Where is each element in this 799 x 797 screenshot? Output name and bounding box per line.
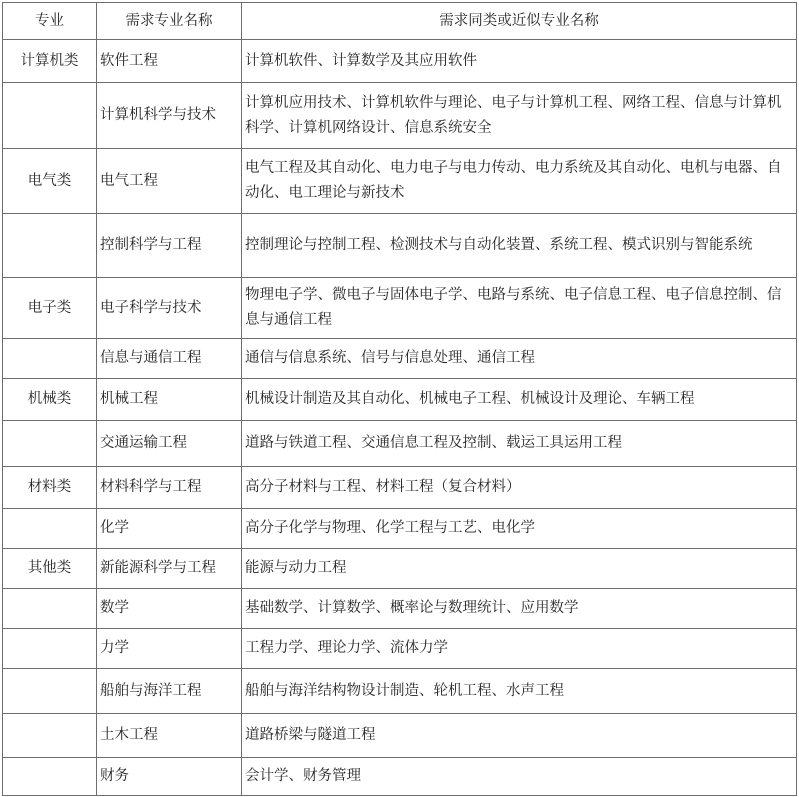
category-cell <box>3 214 97 278</box>
table-row: 信息与通信工程通信与信息系统、信号与信息处理、通信工程 <box>3 339 797 379</box>
major-cell: 信息与通信工程 <box>97 339 242 379</box>
category-cell <box>3 421 97 467</box>
table-row: 机械类机械工程机械设计制造及其自动化、机械电子工程、机械设计及理论、车辆工程 <box>3 379 797 421</box>
table-row: 电气类电气工程电气工程及其自动化、电力电子与电力传动、电力系统及其自动化、电机与… <box>3 149 797 214</box>
major-cell: 计算机科学与技术 <box>97 83 242 149</box>
table-row: 财务会计学、财务管理 <box>3 758 797 796</box>
table-row: 船舶与海洋工程船舶与海洋结构物设计制造、轮机工程、水声工程 <box>3 669 797 714</box>
similar-majors-cell: 船舶与海洋结构物设计制造、轮机工程、水声工程 <box>242 669 797 714</box>
similar-majors-cell: 工程力学、理论力学、流体力学 <box>242 629 797 669</box>
category-cell <box>3 714 97 758</box>
major-cell: 新能源科学与工程 <box>97 549 242 589</box>
similar-majors-cell: 计算机应用技术、计算机软件与理论、电子与计算机工程、网络工程、信息与计算机科学、… <box>242 83 797 149</box>
similar-majors-cell: 计算机软件、计算数学及其应用软件 <box>242 40 797 83</box>
category-cell <box>3 629 97 669</box>
category-cell: 材料类 <box>3 467 97 509</box>
similar-majors-cell: 道路与铁道工程、交通信息工程及控制、载运工具运用工程 <box>242 421 797 467</box>
category-cell: 电气类 <box>3 149 97 214</box>
table-row: 化学高分子化学与物理、化学工程与工艺、电化学 <box>3 509 797 549</box>
major-cell: 化学 <box>97 509 242 549</box>
major-cell: 机械工程 <box>97 379 242 421</box>
category-cell <box>3 669 97 714</box>
major-cell: 软件工程 <box>97 40 242 83</box>
major-cell: 材料科学与工程 <box>97 467 242 509</box>
table-row: 材料类材料科学与工程高分子材料与工程、材料工程（复合材料） <box>3 467 797 509</box>
major-cell: 电子科学与技术 <box>97 278 242 339</box>
major-cell: 交通运输工程 <box>97 421 242 467</box>
table-body: 计算机类软件工程计算机软件、计算数学及其应用软件计算机科学与技术计算机应用技术、… <box>3 40 797 796</box>
similar-majors-cell: 高分子材料与工程、材料工程（复合材料） <box>242 467 797 509</box>
category-cell: 计算机类 <box>3 40 97 83</box>
major-cell: 电气工程 <box>97 149 242 214</box>
category-cell <box>3 83 97 149</box>
header-major: 需求专业名称 <box>97 3 242 40</box>
table-row: 数学基础数学、计算数学、概率论与数理统计、应用数学 <box>3 589 797 629</box>
category-cell <box>3 758 97 796</box>
table-row: 交通运输工程道路与铁道工程、交通信息工程及控制、载运工具运用工程 <box>3 421 797 467</box>
header-row: 专业 需求专业名称 需求同类或近似专业名称 <box>3 3 797 40</box>
similar-majors-cell: 机械设计制造及其自动化、机械电子工程、机械设计及理论、车辆工程 <box>242 379 797 421</box>
major-cell: 力学 <box>97 629 242 669</box>
table-row: 计算机科学与技术计算机应用技术、计算机软件与理论、电子与计算机工程、网络工程、信… <box>3 83 797 149</box>
header-similar: 需求同类或近似专业名称 <box>242 3 797 40</box>
major-cell: 控制科学与工程 <box>97 214 242 278</box>
table-row: 力学工程力学、理论力学、流体力学 <box>3 629 797 669</box>
category-cell: 机械类 <box>3 379 97 421</box>
similar-majors-cell: 通信与信息系统、信号与信息处理、通信工程 <box>242 339 797 379</box>
table-row: 控制科学与工程控制理论与控制工程、检测技术与自动化装置、系统工程、模式识别与智能… <box>3 214 797 278</box>
major-cell: 船舶与海洋工程 <box>97 669 242 714</box>
major-cell: 土木工程 <box>97 714 242 758</box>
similar-majors-cell: 高分子化学与物理、化学工程与工艺、电化学 <box>242 509 797 549</box>
major-cell: 财务 <box>97 758 242 796</box>
similar-majors-cell: 控制理论与控制工程、检测技术与自动化装置、系统工程、模式识别与智能系统 <box>242 214 797 278</box>
similar-majors-cell: 道路桥梁与隧道工程 <box>242 714 797 758</box>
table-row: 计算机类软件工程计算机软件、计算数学及其应用软件 <box>3 40 797 83</box>
similar-majors-cell: 会计学、财务管理 <box>242 758 797 796</box>
category-cell: 电子类 <box>3 278 97 339</box>
similar-majors-cell: 能源与动力工程 <box>242 549 797 589</box>
major-cell: 数学 <box>97 589 242 629</box>
category-cell: 其他类 <box>3 549 97 589</box>
majors-table: 专业 需求专业名称 需求同类或近似专业名称 计算机类软件工程计算机软件、计算数学… <box>2 2 797 796</box>
header-category: 专业 <box>3 3 97 40</box>
table-row: 土木工程道路桥梁与隧道工程 <box>3 714 797 758</box>
category-cell <box>3 339 97 379</box>
similar-majors-cell: 电气工程及其自动化、电力电子与电力传动、电力系统及其自动化、电机与电器、自动化、… <box>242 149 797 214</box>
category-cell <box>3 509 97 549</box>
category-cell <box>3 589 97 629</box>
table-row: 其他类新能源科学与工程能源与动力工程 <box>3 549 797 589</box>
similar-majors-cell: 基础数学、计算数学、概率论与数理统计、应用数学 <box>242 589 797 629</box>
similar-majors-cell: 物理电子学、微电子与固体电子学、电路与系统、电子信息工程、电子信息控制、信息与通… <box>242 278 797 339</box>
table-row: 电子类电子科学与技术物理电子学、微电子与固体电子学、电路与系统、电子信息工程、电… <box>3 278 797 339</box>
